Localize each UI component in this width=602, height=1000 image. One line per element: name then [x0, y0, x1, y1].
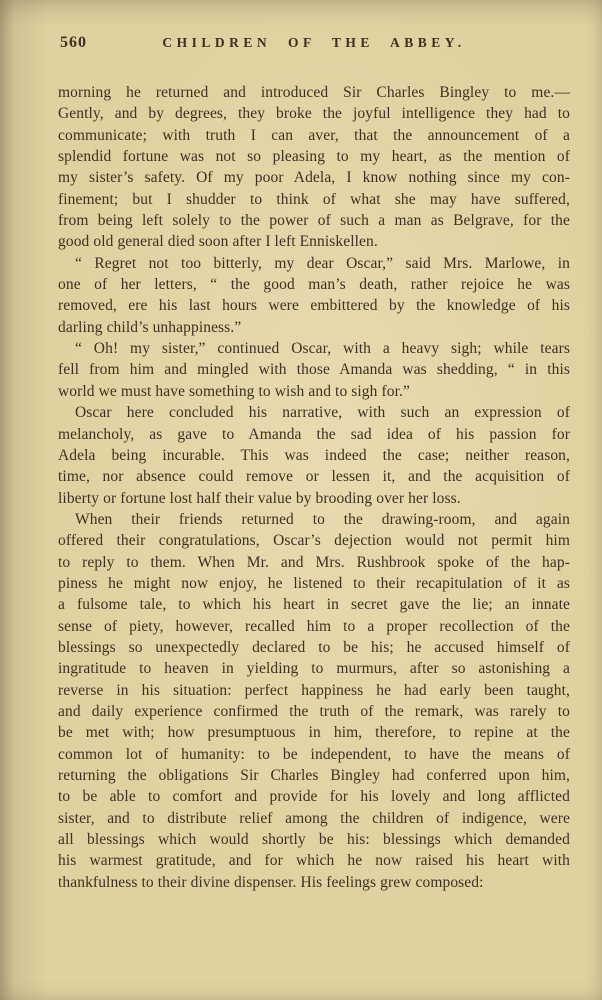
text-line: communicate; with truth I can aver, that…: [58, 125, 570, 146]
text-line: to be able to comfort and provide for hi…: [58, 786, 570, 807]
text-line: returning the obligations Sir Charles Bi…: [58, 765, 570, 786]
paragraph: When their friends returned to the drawi…: [58, 509, 570, 893]
text-line: finement; but I shudder to think of what…: [58, 189, 570, 210]
paragraph: morning he returned and introduced Sir C…: [58, 82, 570, 253]
text-line: offered their congratulations, Oscar’s d…: [58, 530, 570, 551]
text-line: a fulsome tale, to which his heart in se…: [58, 594, 570, 615]
paragraph: “ Regret not too bitterly, my dear Oscar…: [58, 253, 570, 338]
text-line: Adela being incurable. This was indeed t…: [58, 445, 570, 466]
running-title: CHILDREN OF THE ABBEY.: [58, 35, 570, 51]
text-line: to reply to them. When Mr. and Mrs. Rush…: [58, 552, 570, 573]
paragraph: “ Oh! my sister,” continued Oscar, with …: [58, 338, 570, 402]
text-line: melancholy, as gave to Amanda the sad id…: [58, 424, 570, 445]
text-line: be met with; how presumptuous in him, th…: [58, 722, 570, 743]
page-body: morning he returned and introduced Sir C…: [58, 82, 570, 893]
text-line: my sister’s safety. Of my poor Adela, I …: [58, 167, 570, 188]
paragraph: Oscar here concluded his narrative, with…: [58, 402, 570, 509]
text-line: blessings so unexpectedly declared to be…: [58, 637, 570, 658]
text-line: good old general died soon after I left …: [58, 231, 570, 252]
text-line: fell from him and mingled with those Ama…: [58, 359, 570, 380]
text-line: sense of piety, however, recalled him to…: [58, 616, 570, 637]
text-line: from being left solely to the power of s…: [58, 210, 570, 231]
text-line: ingratitude to heaven in yielding to mur…: [58, 658, 570, 679]
text-line: common lot of humanity: to be independen…: [58, 744, 570, 765]
page-header: 560 CHILDREN OF THE ABBEY.: [58, 34, 570, 56]
text-line: “ Oh! my sister,” continued Oscar, with …: [58, 338, 570, 359]
text-line: and daily experience confirmed the truth…: [58, 701, 570, 722]
text-line: time, nor absence could remove or lessen…: [58, 466, 570, 487]
text-line: one of her letters, “ the good man’s dea…: [58, 274, 570, 295]
text-line: splendid fortune was not so pleasing to …: [58, 146, 570, 167]
text-line: darling child’s unhappiness.”: [58, 317, 570, 338]
text-line: “ Regret not too bitterly, my dear Oscar…: [58, 253, 570, 274]
text-line: world we must have something to wish and…: [58, 381, 570, 402]
text-line: reverse in his situation: perfect happin…: [58, 680, 570, 701]
text-line: morning he returned and introduced Sir C…: [58, 82, 570, 103]
text-line: all blessings which would shortly be his…: [58, 829, 570, 850]
text-line: liberty or fortune lost half their value…: [58, 488, 570, 509]
book-page: 560 CHILDREN OF THE ABBEY. morning he re…: [0, 0, 602, 1000]
text-line: piness he might now enjoy, he listened t…: [58, 573, 570, 594]
text-line: When their friends returned to the drawi…: [58, 509, 570, 530]
text-line: his warmest gratitude, and for which he …: [58, 850, 570, 871]
text-line: Gently, and by degrees, they broke the j…: [58, 103, 570, 124]
text-line: thankfulness to their divine dispenser. …: [58, 872, 570, 893]
text-line: Oscar here concluded his narrative, with…: [58, 402, 570, 423]
text-line: sister, and to distribute relief among t…: [58, 808, 570, 829]
text-line: removed, ere his last hours were embitte…: [58, 295, 570, 316]
